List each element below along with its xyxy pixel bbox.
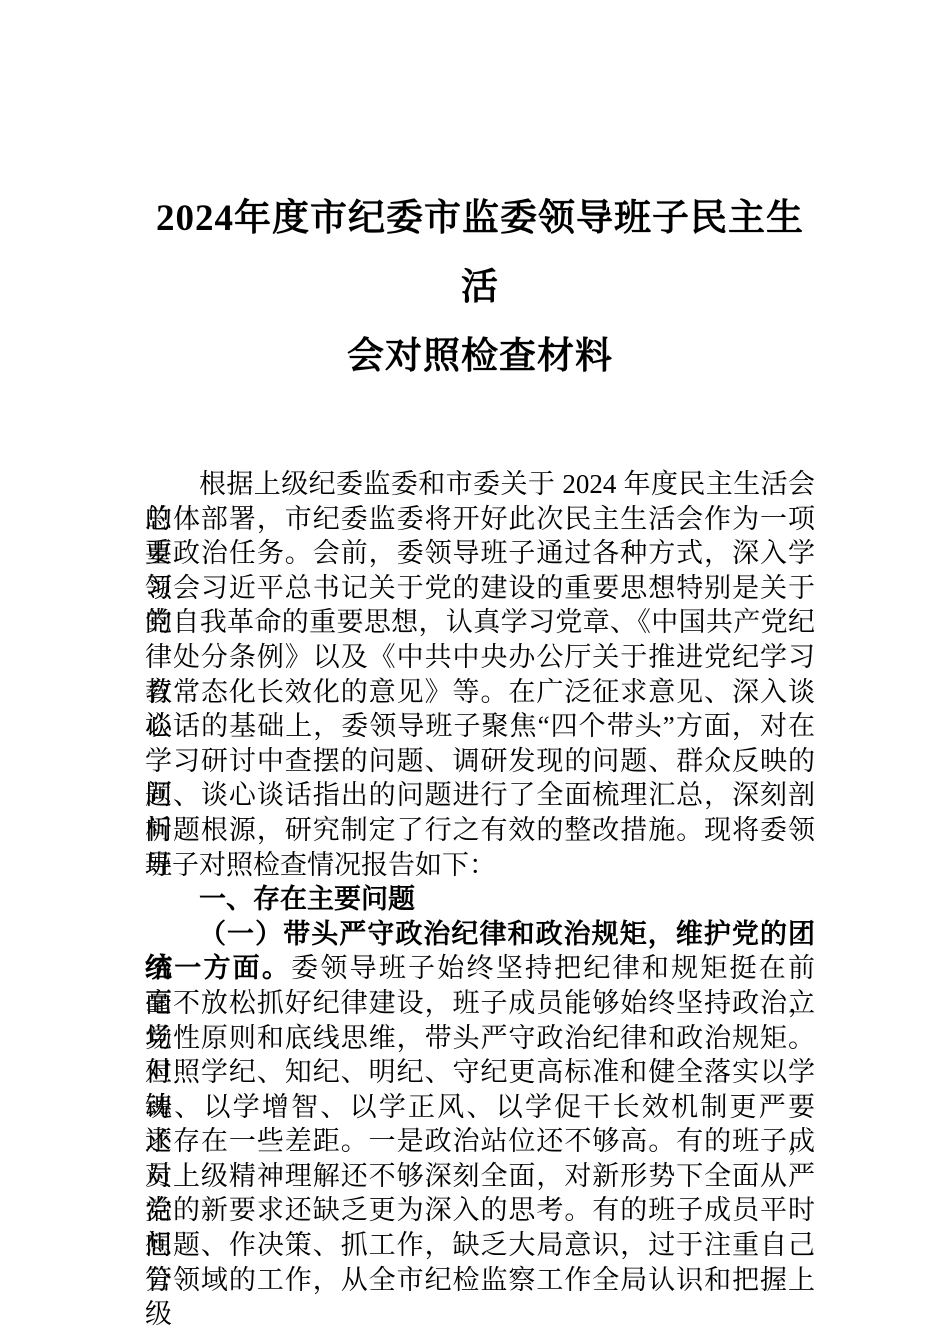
body-line: 对照学纪、知纪、明纪、守纪更高标准和健全落实以学铸 — [145, 1055, 815, 1090]
body-line: 学习研讨中查摆的问题、调研发现的问题、群众反映的问 — [145, 744, 815, 779]
body-line: 根据上级纪委监委和市委关于 2024 年度民主生活会的 — [145, 467, 815, 502]
body-line: 的自我革命的重要思想，认真学习党章、《中国共产党纪 — [145, 605, 815, 640]
body-line: 管领域的工作，从全市纪检监察工作全局认识和把握上级 — [145, 1263, 815, 1298]
body-line: 统一方面。委领导班子始终坚持把纪律和规矩挺在前面， — [145, 951, 815, 986]
document-page: 2024年度市纪委市监委领导班子民主生活 会对照检查材料 根据上级纪委监委和市委… — [0, 0, 950, 1344]
title-line-1: 2024年度市纪委市监委领导班子民主生活 — [145, 184, 815, 322]
section-heading: 一、存在主要问题 — [145, 882, 815, 917]
body-line: 律处分条例》以及《中共中央办公厅关于推进党纪学习教 — [145, 640, 815, 675]
body-line: 还存在一些差距。一是政治站位还不够高。有的班子成员 — [145, 1124, 815, 1159]
body-line: 党的新要求还缺乏更为深入的思考。有的班子成员平时想 — [145, 1193, 815, 1228]
body-line: 谈话的基础上，委领导班子聚焦“四个带头”方面，对在 — [145, 709, 815, 744]
body-line: 育常态化长效化的意见》等。在广泛征求意见、深入谈心 — [145, 675, 815, 710]
body-line: 问题、作决策、抓工作，缺乏大局意识，过于注重自己分 — [145, 1228, 815, 1263]
body-line: 领会习近平总书记关于党的建设的重要思想特别是关于党 — [145, 571, 815, 606]
body-line: 对上级精神理解还不够深刻全面，对新形势下全面从严治 — [145, 1159, 815, 1194]
body-line: 党性原则和底线思维，带头严守政治纪律和政治规矩。但 — [145, 1021, 815, 1056]
body-line: 要政治任务。会前，委领导班子通过各种方式，深入学习 — [145, 536, 815, 571]
title-line-2: 会对照检查材料 — [145, 322, 815, 391]
body-line: 总体部署，市纪委监委将开好此次民主生活会作为一项重 — [145, 502, 815, 537]
body-line: 班子对照检查情况报告如下： — [145, 848, 815, 883]
sub-heading: （一）带头严守政治纪律和政治规矩，维护党的团结 — [145, 917, 815, 952]
document-body: 根据上级纪委监委和市委关于 2024 年度民主生活会的 总体部署，市纪委监委将开… — [145, 467, 815, 1297]
body-line: 毫不放松抓好纪律建设，班子成员能够始终坚持政治立场 — [145, 986, 815, 1021]
sub-heading-continuation: 统一方面。 — [145, 953, 291, 983]
body-line: 题、谈心谈话指出的问题进行了全面梳理汇总，深刻剖析 — [145, 778, 815, 813]
body-line: 问题根源，研究制定了行之有效的整改措施。现将委领导 — [145, 813, 815, 848]
document-title: 2024年度市纪委市监委领导班子民主生活 会对照检查材料 — [145, 184, 815, 391]
body-line: 魂、以学增智、以学正风、以学促干长效机制更严要求， — [145, 1090, 815, 1125]
